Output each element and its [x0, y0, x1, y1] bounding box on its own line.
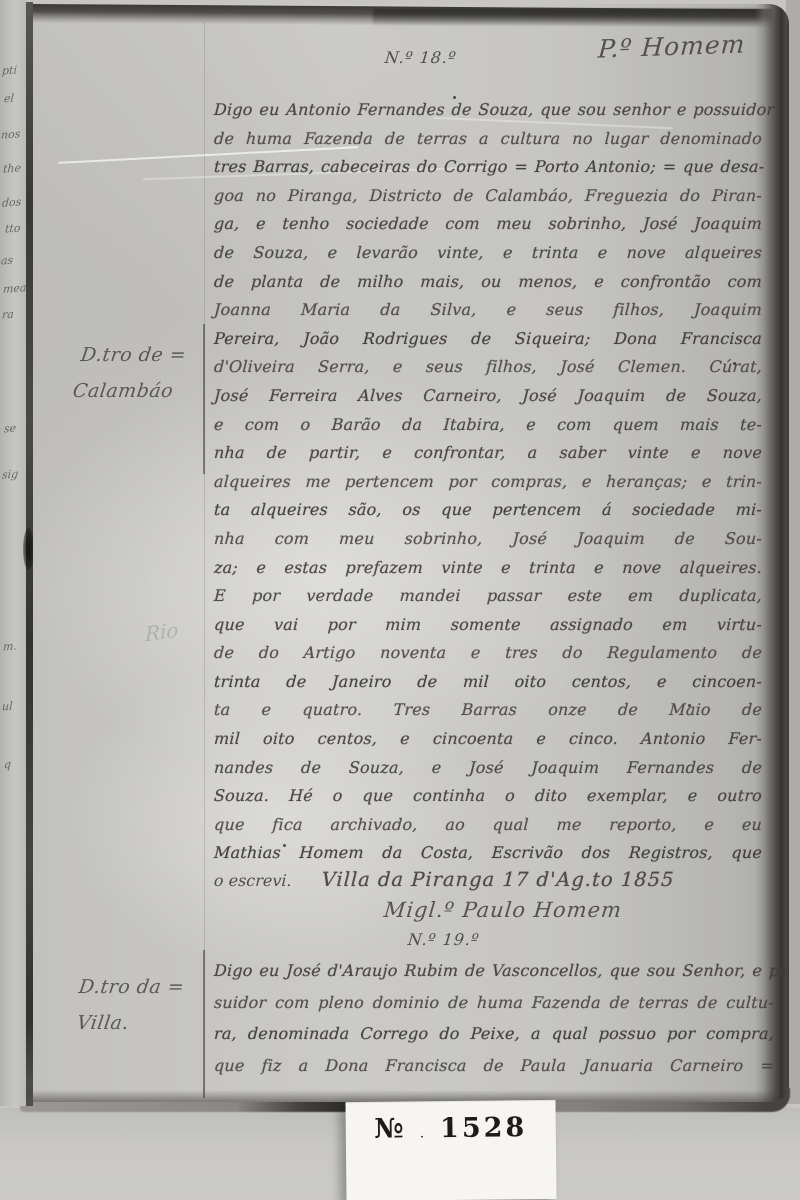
manuscript-line: nha de partir, e confrontar, a saber vin… [213, 439, 762, 468]
entry2-number: N.º 19.º [407, 930, 481, 949]
manuscript-line: Souza. Hé o que continha o dito exemplar… [213, 782, 762, 811]
edge-writing-fragment: ra [2, 308, 15, 322]
edge-writing-fragment: nos [1, 127, 21, 141]
page-bottom-edge [33, 1090, 789, 1102]
manuscript-line: trinta de Janeiro de mil oito centos, e … [213, 668, 762, 697]
entry1-closing-line: o escrevi. Villa da Piranga 17 d'Ag.to 1… [213, 868, 762, 891]
closing-prefix: o escrevi. [213, 871, 292, 890]
margin-rule-line [204, 22, 205, 1094]
manuscript-line: suidor com pleno dominio de huma Fazenda… [213, 987, 775, 1019]
manuscript-line: mil oito centos, e cincoenta e cinco. An… [213, 725, 762, 754]
edge-writing-fragment: the [3, 161, 22, 175]
adjacent-page-edge: pti el nos the dos tto as mea ra se sig … [0, 0, 26, 1106]
manuscript-line: alqueires me pertencem por compras, e he… [213, 468, 762, 497]
margin-rule-segment [203, 950, 205, 1098]
manuscript-page: P.º Homem N.º 18.º Digo eu Antonio Ferna… [33, 4, 789, 1102]
manuscript-line: nha com meu sobrinho, José Joaquim de So… [213, 525, 762, 554]
manuscript-line: Mathias Homem da Costa, Escrivão dos Reg… [213, 839, 762, 868]
manuscript-line: goa no Piranga, Districto de Calambáo, F… [213, 182, 762, 211]
manuscript-line: Digo eu José d'Araujo Rubim de Vasconcel… [213, 955, 775, 987]
edge-writing-fragment: sig [2, 467, 19, 481]
edge-writing-fragment: mea [3, 281, 27, 296]
entry1-number: N.º 18.º [384, 48, 458, 67]
edge-writing-fragment: tto [5, 221, 21, 235]
manuscript-line: de do Artigo noventa e tres do Regulamen… [213, 639, 762, 668]
bleed-through-writing: Rio [145, 618, 178, 647]
manuscript-line: Pereira, João Rodrigues de Siqueira; Don… [213, 325, 762, 354]
edge-writing-fragment: as [1, 254, 14, 268]
manuscript-line: e com o Barão da Itabira, e com quem mai… [213, 411, 762, 440]
scanned-register-page: pti el nos the dos tto as mea ra se sig … [0, 0, 800, 1200]
manuscript-line: ga, e tenho sociedade com meu sobrinho, … [213, 210, 762, 239]
scribe-signature: Migl.º Paulo Homem [352, 898, 655, 922]
margin-note-district-line2: Calambáo [71, 380, 174, 402]
edge-writing-fragment: se [4, 422, 17, 436]
place-and-date: Villa da Piranga 17 d'Ag.to 1855 [321, 868, 675, 891]
margin-note-district-line1: D.tro de = [79, 344, 187, 366]
manuscript-line: ta e quatro. Tres Barras onze de Maio de [213, 696, 762, 725]
numero-sign: № [374, 1113, 404, 1144]
label-separator-dot: . [419, 1113, 424, 1141]
manuscript-line: E por verdade mandei passar este em dupl… [213, 582, 762, 611]
edge-writing-fragment: q [4, 758, 12, 772]
manuscript-line: tres Barras, cabeceiras do Corrigo = Por… [213, 153, 762, 182]
manuscript-line: de Souza, e levarão vinte, e trinta e no… [213, 239, 762, 268]
manuscript-line: de huma Fazenda de terras a cultura no l… [213, 125, 762, 154]
manuscript-line: que vai por mim somente assignado em vir… [213, 611, 762, 640]
edge-writing-fragment: el [4, 92, 15, 106]
edge-writing-fragment: dos [2, 195, 22, 209]
edge-writing-fragment: pti [2, 63, 18, 77]
manuscript-line: za; e estas prefazem vinte e trinta e no… [213, 554, 762, 583]
page-top-edge [373, 9, 789, 26]
edge-writing-fragment: ul [2, 700, 13, 714]
manuscript-line: nandes de Souza, e José Joaquim Fernande… [213, 754, 762, 783]
archive-number-label: № . 1528 [345, 1100, 556, 1200]
manuscript-line: ra, denominada Corrego do Peixe, a qual … [213, 1018, 775, 1050]
manuscript-line: José Ferreira Alves Carneiro, José Joaqu… [213, 382, 762, 411]
manuscript-line: d'Oliveira Serra, e seus filhos, José Cl… [213, 353, 762, 382]
manuscript-line: que fiz a Dona Francisca de Paula Januar… [213, 1050, 775, 1082]
margin-note-villa-line1: D.tro da = [77, 976, 185, 998]
manuscript-line: ta alqueires são, os que pertencem á soc… [213, 496, 762, 525]
manuscript-line: Joanna Maria da Silva, e seus filhos, Jo… [213, 296, 762, 325]
archive-number: 1528 [440, 1112, 527, 1144]
entry1-body: Digo eu Antonio Fernandes de Souza, que … [214, 96, 762, 868]
margin-note-villa-line2: Villa. [75, 1012, 130, 1034]
manuscript-line: de planta de milho mais, ou menos, e con… [213, 268, 762, 297]
manuscript-line: que fica archivado, ao qual me reporto, … [213, 811, 762, 840]
edge-writing-fragment: m. [3, 639, 18, 653]
margin-rule-segment [203, 324, 205, 474]
page-initial-mark: P.º Homem [597, 29, 746, 63]
manuscript-line: Digo eu Antonio Fernandes de Souza, que … [213, 96, 762, 125]
entry2-body: Digo eu José d'Araujo Rubim de Vasconcel… [214, 955, 774, 1081]
